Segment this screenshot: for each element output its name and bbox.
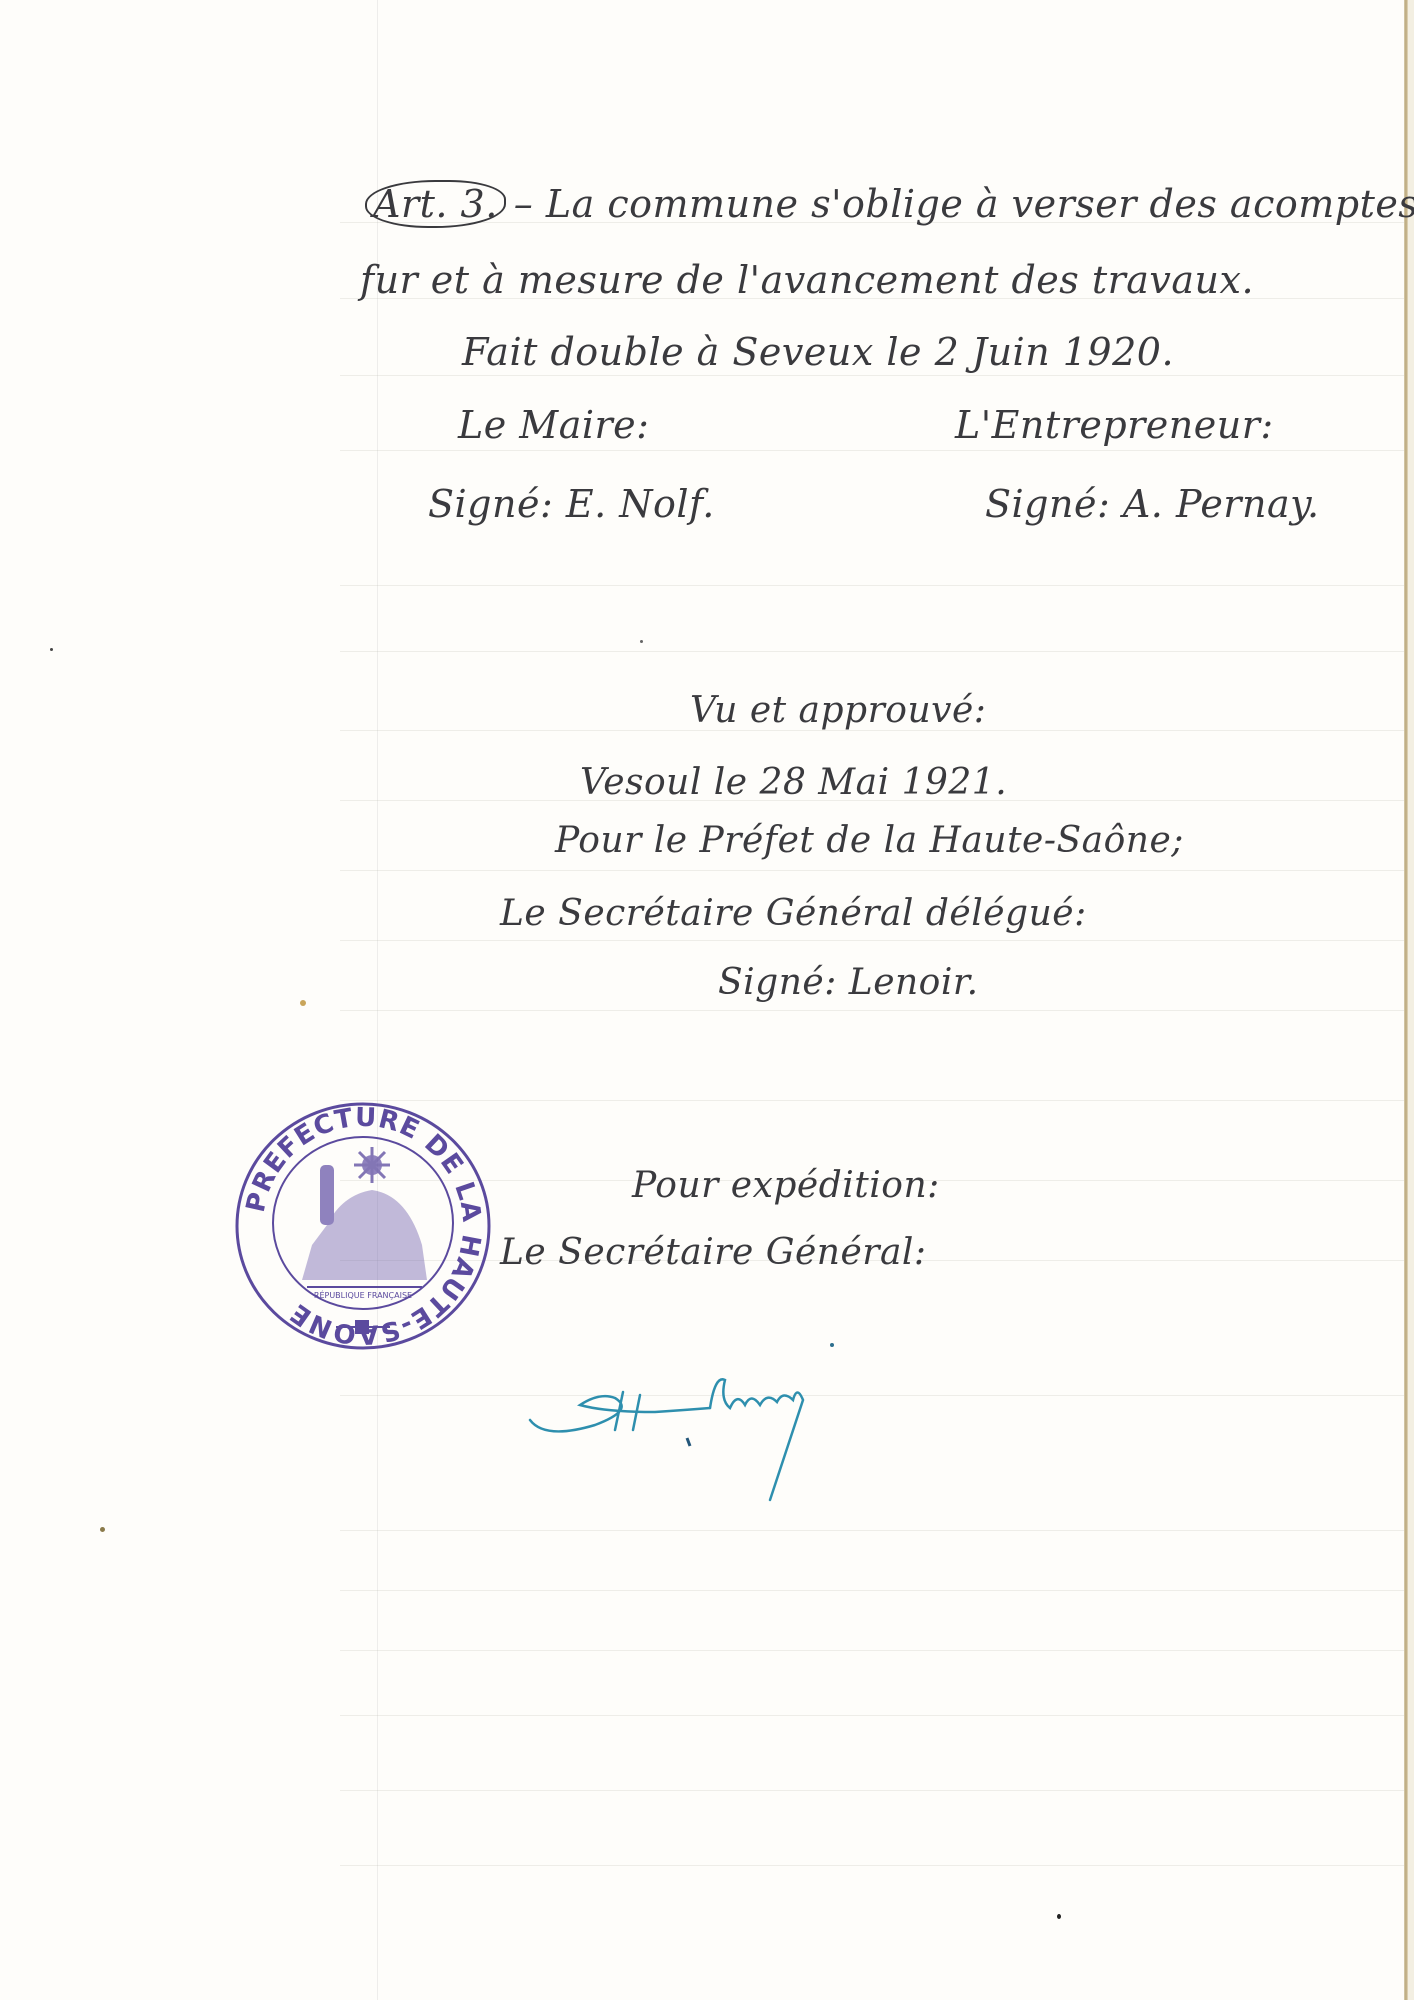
article-label: Art. 3. bbox=[365, 180, 506, 228]
ruled-line bbox=[340, 1590, 1404, 1591]
paper-speck bbox=[300, 1000, 306, 1006]
approval-for-prefect: Pour le Préfet de la Haute-Saône; bbox=[555, 820, 1184, 861]
ruled-line bbox=[340, 870, 1404, 871]
approval-delegate: Le Secrétaire Général délégué: bbox=[500, 893, 1087, 934]
ruled-line bbox=[340, 1790, 1404, 1791]
ruled-line bbox=[340, 1530, 1404, 1531]
mayor-signed: Signé: E. Nolf. bbox=[428, 482, 715, 526]
article-line-1: Art. 3.– La commune s'oblige à verser de… bbox=[365, 180, 1414, 228]
prefecture-stamp: PREFECTURE DE LA HAUTE-SAONE RÉPUBLIQUE … bbox=[232, 1095, 494, 1357]
ruled-line bbox=[340, 585, 1404, 586]
document-page: Art. 3.– La commune s'oblige à verser de… bbox=[0, 0, 1414, 2000]
signature-scribble-icon bbox=[515, 1330, 835, 1510]
article-line-2: fur et à mesure de l'avancement des trav… bbox=[360, 258, 1254, 302]
ruled-line bbox=[340, 1100, 1404, 1101]
ruled-line bbox=[340, 940, 1404, 941]
mayor-title: Le Maire: bbox=[458, 403, 649, 447]
paper-speck bbox=[640, 640, 643, 643]
ruled-line bbox=[340, 1010, 1404, 1011]
expedition-title: Le Secrétaire Général: bbox=[500, 1232, 927, 1273]
contractor-signed: Signé: A. Pernay. bbox=[985, 482, 1320, 526]
paper-speck bbox=[50, 648, 53, 651]
paper-speck bbox=[1057, 1914, 1061, 1919]
place-date: Fait double à Seveux le 2 Juin 1920. bbox=[462, 330, 1174, 374]
ruled-line bbox=[340, 375, 1404, 376]
approval-signed: Signé: Lenoir. bbox=[718, 962, 979, 1003]
approval-heading: Vu et approuvé: bbox=[690, 690, 986, 731]
ruled-line bbox=[340, 1395, 1404, 1396]
paper-speck bbox=[100, 1527, 105, 1532]
approval-place-date: Vesoul le 28 Mai 1921. bbox=[580, 762, 1007, 803]
secretary-signature bbox=[515, 1330, 835, 1510]
svg-text:RÉPUBLIQUE FRANÇAISE: RÉPUBLIQUE FRANÇAISE bbox=[314, 1289, 412, 1300]
ruled-line bbox=[340, 1650, 1404, 1651]
ruled-line bbox=[340, 1865, 1404, 1866]
expedition-heading: Pour expédition: bbox=[632, 1165, 940, 1206]
contractor-title: L'Entrepreneur: bbox=[955, 403, 1274, 447]
page-edge-outer bbox=[1408, 0, 1414, 2000]
article-text-1: – La commune s'oblige à verser des acomp… bbox=[514, 182, 1414, 226]
ruled-line bbox=[340, 450, 1404, 451]
ruled-line bbox=[340, 1715, 1404, 1716]
ruled-line bbox=[340, 651, 1404, 652]
stamp-seal-icon: PREFECTURE DE LA HAUTE-SAONE RÉPUBLIQUE … bbox=[232, 1095, 494, 1357]
